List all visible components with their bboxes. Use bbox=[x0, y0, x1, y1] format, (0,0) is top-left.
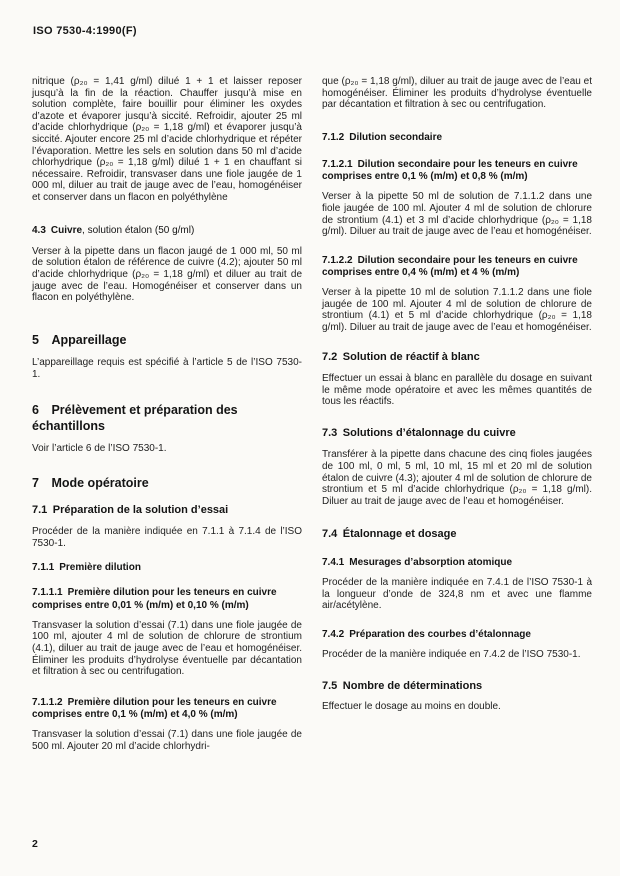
heading-4-3-subtitle: , solution étalon (50 g/ml) bbox=[82, 225, 194, 236]
heading-7-5: 7.5 Nombre de déterminations bbox=[322, 680, 592, 694]
page-number: 2 bbox=[32, 838, 38, 850]
heading-6-prelevement: 6 Prélèvement et préparation des échanti… bbox=[32, 403, 302, 434]
heading-7-2: 7.2 Solution de réactif à blanc bbox=[322, 351, 592, 365]
heading-5-appareillage: 5 Appareillage bbox=[32, 333, 302, 349]
heading-7-mode-operatoire: 7 Mode opératoire bbox=[32, 476, 302, 492]
heading-7-4: 7.4 Étalonnage et dosage bbox=[322, 528, 592, 542]
heading-7-4-1: 7.4.1 Mesurages d’absorption atomique bbox=[322, 557, 592, 569]
heading-7-1-2: 7.1.2 Dilution secondaire bbox=[322, 132, 592, 144]
heading-7-4-2: 7.4.2 Préparation des courbes d’étalonna… bbox=[322, 629, 592, 641]
paragraph-7-2: Effectuer un essai à blanc en parallèle … bbox=[322, 373, 592, 408]
paragraph-5: L’appareillage requis est spécifié à l’a… bbox=[32, 357, 302, 380]
heading-7-1-2-1: 7.1.2.1 Dilution secondaire pour les ten… bbox=[322, 159, 592, 183]
paragraph-7-1-1-2: Transvaser la solution d’essai (7.1) dan… bbox=[32, 729, 302, 752]
heading-7-1: 7.1 Préparation de la solution d’essai bbox=[32, 504, 302, 518]
paragraph-7-1-1-1: Transvaser la solution d’essai (7.1) dan… bbox=[32, 620, 302, 678]
paragraph-continuation: que (ρ₂₀ = 1,18 g/ml), diluer au trait d… bbox=[322, 76, 592, 111]
paragraph-7-1: Procéder de la manière indiquée en 7.1.1… bbox=[32, 526, 302, 549]
heading-7-1-1-2: 7.1.1.2 Première dilution pour les teneu… bbox=[32, 697, 302, 721]
right-column: que (ρ₂₀ = 1,18 g/ml), diluer au trait d… bbox=[322, 76, 592, 713]
heading-4-3-number-title: 4.3 Cuivre bbox=[32, 225, 82, 236]
heading-4-3-copper-standard: 4.3 Cuivre, solution étalon (50 g/ml) bbox=[32, 225, 302, 237]
paragraph-4-3: Verser à la pipette dans un flacon jaugé… bbox=[32, 246, 302, 304]
paragraph-7-3: Transférer à la pipette dans chacune des… bbox=[322, 449, 592, 507]
paragraph-7-4-2: Procéder de la manière indiquée en 7.4.2… bbox=[322, 649, 592, 661]
paragraph-7-1-2-1: Verser à la pipette 50 ml de solution de… bbox=[322, 191, 592, 237]
paragraph-7-1-2-2: Verser à la pipette 10 ml de solution 7.… bbox=[322, 287, 592, 333]
paragraph-nitric-acid-continuation: nitrique (ρ₂₀ = 1,41 g/ml) dilué 1 + 1 e… bbox=[32, 76, 302, 204]
document-reference: ISO 7530-4:1990(F) bbox=[33, 25, 137, 37]
paragraph-6: Voir l’article 6 de l’ISO 7530-1. bbox=[32, 443, 302, 455]
left-column: nitrique (ρ₂₀ = 1,41 g/ml) dilué 1 + 1 e… bbox=[32, 76, 302, 752]
heading-7-1-1: 7.1.1 Première dilution bbox=[32, 562, 302, 574]
document-page: ISO 7530-4:1990(F) nitrique (ρ₂₀ = 1,41 … bbox=[0, 0, 620, 876]
heading-7-1-1-1: 7.1.1.1 Première dilution pour les teneu… bbox=[32, 587, 302, 611]
paragraph-7-5: Effectuer le dosage au moins en double. bbox=[322, 701, 592, 713]
heading-7-3: 7.3 Solutions d’étalonnage du cuivre bbox=[322, 427, 592, 441]
heading-7-1-2-2: 7.1.2.2 Dilution secondaire pour les ten… bbox=[322, 255, 592, 279]
paragraph-7-4-1: Procéder de la manière indiquée en 7.4.1… bbox=[322, 577, 592, 612]
